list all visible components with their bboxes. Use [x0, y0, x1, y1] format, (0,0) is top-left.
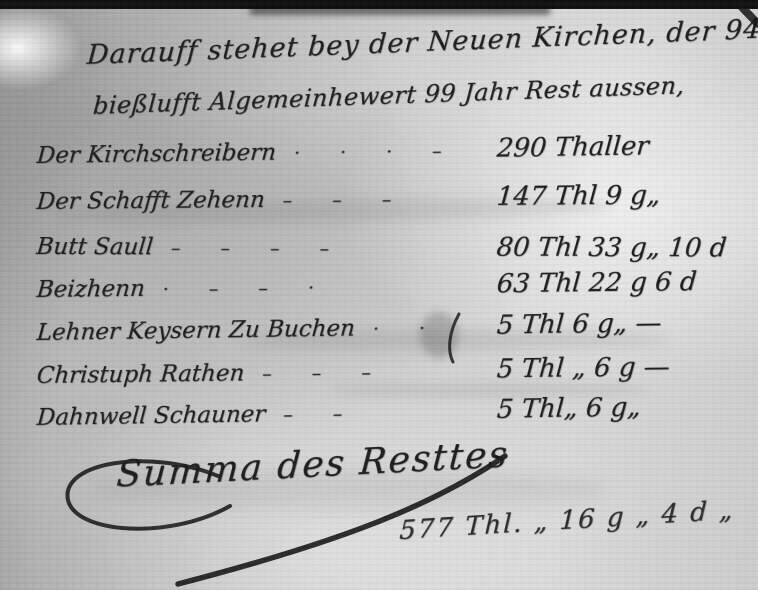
- entry-leader: – – – –: [162, 237, 467, 260]
- entry-amount: 147 Thl 9 g„: [496, 180, 750, 212]
- ledger-row-2: Der Schafft Zehenn – – – 147 Thl 9 g„: [36, 180, 750, 216]
- ledger-row-6: Christuph Rathen – – – 5 Thl „ 6 g —: [36, 351, 750, 390]
- entry-label: Beizhenn: [36, 276, 146, 303]
- ledger-row-3: Butt Saull – – – – 80 Thl 33 g„ 10 d: [35, 231, 750, 263]
- ledger-row-5: Lehner Keysern Zu Buchen · · 5 Thl 6 g„ …: [36, 307, 750, 347]
- summa-total: 577 Thl. „ 16 g „ 4 d „: [399, 496, 735, 547]
- entry-label: Butt Saull: [35, 234, 154, 260]
- photo-top-border-smear: [250, 5, 550, 15]
- entry-amount: 63 Thl 22 g 6 d: [478, 267, 750, 300]
- entry-leader: – – –: [253, 361, 441, 385]
- entry-amount: 290 Thaller: [474, 130, 750, 164]
- entry-amount: 80 Thl 33 g„ 10 d: [475, 233, 750, 264]
- entry-leader: – – –: [274, 188, 488, 212]
- entry-label: Lehner Keysern Zu Buchen: [36, 316, 356, 346]
- heading-line-1: Darauff stehet bey der Neuen Kirchen, de…: [86, 14, 758, 71]
- entry-label: Dahnwell Schauner: [36, 401, 266, 431]
- summa-label: Summa des Resttes: [115, 434, 510, 496]
- entry-label: Der Schafft Zehenn: [36, 187, 266, 215]
- ledger-row-1: Der Kirchschreibern · · · – – 290 Thalle…: [36, 130, 750, 170]
- manuscript-photo: Darauff stehet bey der Neuen Kirchen, de…: [0, 0, 758, 590]
- entry-amount: 5 Thl„ 6 g„: [444, 391, 750, 426]
- ledger-row-7: Dahnwell Schauner – – 5 Thl„ 6 g„: [36, 391, 750, 432]
- entry-leader: – –: [274, 402, 435, 427]
- entry-amount: 5 Thl „ 6 g —: [450, 351, 750, 385]
- entry-label: Der Kirchschreibern: [36, 140, 277, 169]
- entry-leader: · ·: [364, 317, 444, 340]
- entry-leader: · · · – –: [285, 140, 465, 165]
- entry-amount: 5 Thl 6 g„ —: [452, 307, 750, 341]
- ledger-row-4: Beizhenn · – – · 63 Thl 22 g 6 d: [36, 267, 750, 304]
- entry-leader: · – – ·: [154, 275, 470, 300]
- entry-label: Christuph Rathen: [36, 360, 245, 389]
- heading-line-2: bießlufft Algemeinhewert 99 Jahr Rest au…: [92, 71, 686, 120]
